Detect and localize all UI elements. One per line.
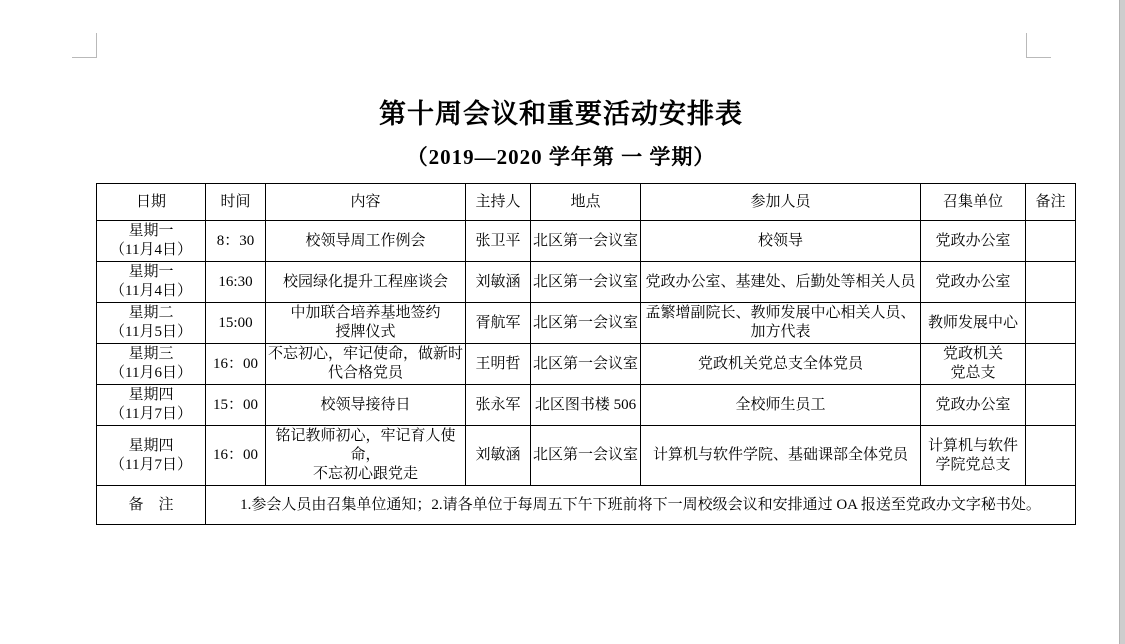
cell-location: 北区第一会议室 <box>531 221 641 262</box>
cell-time: 15：00 <box>206 385 266 426</box>
cell-time: 16:30 <box>206 262 266 303</box>
cell-host: 张永军 <box>466 385 531 426</box>
cell-location: 北区第一会议室 <box>531 426 641 486</box>
cell-content: 校领导接待日 <box>266 385 466 426</box>
table-row: 星期一 （11月4日） 8：30 校领导周工作例会 张卫平 北区第一会议室 校领… <box>97 221 1076 262</box>
cell-date: 星期三 （11月6日） <box>97 344 206 385</box>
cell-participants: 校领导 <box>641 221 921 262</box>
cell-remark <box>1026 221 1076 262</box>
schedule-table: 日期 时间 内容 主持人 地点 参加人员 召集单位 备注 星期一 （11月4日）… <box>96 183 1076 525</box>
column-header-date: 日期 <box>97 184 206 221</box>
cell-location: 北区第一会议室 <box>531 303 641 344</box>
table-row: 星期三 （11月6日） 16：00 不忘初心，牢记使命，做新时 代合格党员 王明… <box>97 344 1076 385</box>
cell-time: 16：00 <box>206 426 266 486</box>
cell-organizer: 党政机关 党总支 <box>921 344 1026 385</box>
cell-organizer: 党政办公室 <box>921 262 1026 303</box>
cell-host: 张卫平 <box>466 221 531 262</box>
cell-location: 北区图书楼 506 <box>531 385 641 426</box>
cell-content: 中加联合培养基地签约 授牌仪式 <box>266 303 466 344</box>
cell-time: 16：00 <box>206 344 266 385</box>
column-header-time: 时间 <box>206 184 266 221</box>
cell-remark <box>1026 344 1076 385</box>
column-header-remark: 备注 <box>1026 184 1076 221</box>
table-row: 星期四 （11月7日） 15：00 校领导接待日 张永军 北区图书楼 506 全… <box>97 385 1076 426</box>
cell-remark <box>1026 385 1076 426</box>
column-header-organizer: 召集单位 <box>921 184 1026 221</box>
cell-date: 星期一 （11月4日） <box>97 221 206 262</box>
cell-participants: 党政办公室、基建处、后勤处等相关人员 <box>641 262 921 303</box>
page-subtitle: （2019—2020 学年第 一 学期） <box>96 141 1026 171</box>
cell-location: 北区第一会议室 <box>531 344 641 385</box>
cell-remark <box>1026 262 1076 303</box>
cell-host: 刘敏涵 <box>466 426 531 486</box>
cell-organizer: 党政办公室 <box>921 385 1026 426</box>
cell-organizer: 计算机与软件 学院党总支 <box>921 426 1026 486</box>
cell-host: 刘敏涵 <box>466 262 531 303</box>
column-header-host: 主持人 <box>466 184 531 221</box>
cell-remark <box>1026 426 1076 486</box>
cell-location: 北区第一会议室 <box>531 262 641 303</box>
note-row: 备 注 1.参会人员由召集单位通知；2.请各单位于每周五下午下班前将下一周校级会… <box>97 486 1076 525</box>
cell-host: 胥航军 <box>466 303 531 344</box>
table-row: 星期二 （11月5日） 15:00 中加联合培养基地签约 授牌仪式 胥航军 北区… <box>97 303 1076 344</box>
cell-content: 校领导周工作例会 <box>266 221 466 262</box>
cell-date: 星期四 （11月7日） <box>97 426 206 486</box>
header-row: 日期 时间 内容 主持人 地点 参加人员 召集单位 备注 <box>97 184 1076 221</box>
cell-time: 15:00 <box>206 303 266 344</box>
note-text: 1.参会人员由召集单位通知；2.请各单位于每周五下午下班前将下一周校级会议和安排… <box>206 486 1076 525</box>
cell-time: 8：30 <box>206 221 266 262</box>
cell-organizer: 党政办公室 <box>921 221 1026 262</box>
cell-date: 星期一 （11月4日） <box>97 262 206 303</box>
column-header-participants: 参加人员 <box>641 184 921 221</box>
note-label: 备 注 <box>97 486 206 525</box>
cell-date: 星期四 （11月7日） <box>97 385 206 426</box>
cell-date: 星期二 （11月5日） <box>97 303 206 344</box>
table-row: 星期四 （11月7日） 16：00 铭记教师初心，牢记育人使命， 不忘初心跟党走… <box>97 426 1076 486</box>
cell-participants: 计算机与软件学院、基础课部全体党员 <box>641 426 921 486</box>
cell-content: 校园绿化提升工程座谈会 <box>266 262 466 303</box>
margin-crop-mark-top-left <box>72 33 97 58</box>
column-header-location: 地点 <box>531 184 641 221</box>
cell-remark <box>1026 303 1076 344</box>
page-title: 第十周会议和重要活动安排表 <box>96 92 1026 131</box>
margin-crop-mark-top-right <box>1026 33 1051 58</box>
cell-content: 铭记教师初心，牢记育人使命， 不忘初心跟党走 <box>266 426 466 486</box>
column-header-content: 内容 <box>266 184 466 221</box>
page-edge <box>1119 0 1125 644</box>
cell-participants: 全校师生员工 <box>641 385 921 426</box>
cell-participants: 党政机关党总支全体党员 <box>641 344 921 385</box>
table-row: 星期一 （11月4日） 16:30 校园绿化提升工程座谈会 刘敏涵 北区第一会议… <box>97 262 1076 303</box>
cell-participants: 孟繁增副院长、教师发展中心相关人员、 加方代表 <box>641 303 921 344</box>
cell-host: 王明哲 <box>466 344 531 385</box>
cell-content: 不忘初心，牢记使命，做新时 代合格党员 <box>266 344 466 385</box>
cell-organizer: 教师发展中心 <box>921 303 1026 344</box>
